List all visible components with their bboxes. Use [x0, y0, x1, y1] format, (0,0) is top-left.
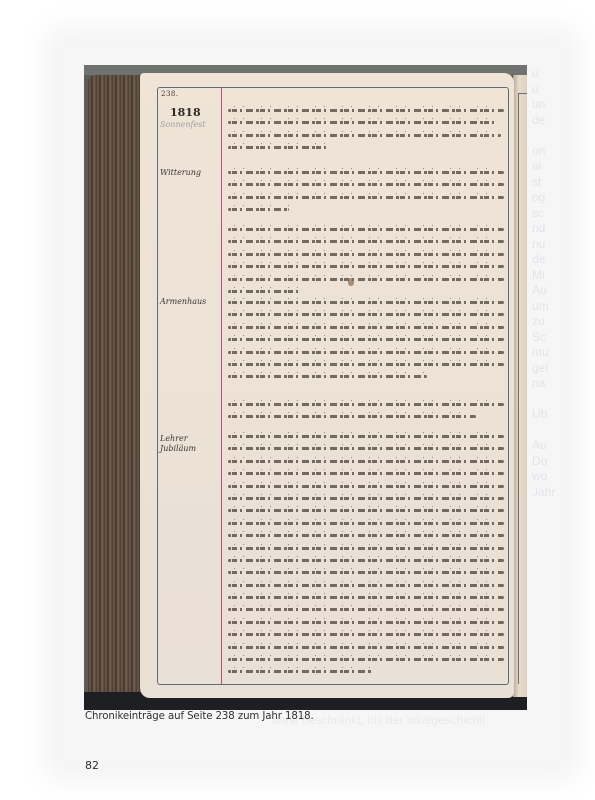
margin-note-sonnenfest: Sonnenfest	[160, 120, 218, 130]
manuscript-year: 1818	[170, 106, 201, 119]
chronicle-entry	[228, 398, 504, 423]
margin-note-witterung: Witterung	[160, 168, 218, 178]
book-page-edges	[88, 75, 144, 705]
chronicle-entry	[228, 296, 504, 383]
manuscript-page-number: 238.	[161, 90, 179, 98]
margin-note-armenhaus: Armenhaus	[160, 297, 218, 307]
facing-page-edge	[512, 75, 527, 697]
chronicle-entry	[228, 430, 504, 678]
manuscript-page: 238. 1818 Sonnenfest Witterung Armenhaus…	[140, 73, 514, 698]
chronicle-photograph: 238. 1818 Sonnenfest Witterung Armenhaus…	[84, 65, 527, 710]
ruled-frame: 238. 1818 Sonnenfest Witterung Armenhaus…	[157, 87, 509, 685]
paper-stain	[348, 278, 354, 286]
chronicle-entry	[228, 104, 504, 154]
chronicle-entry	[228, 166, 504, 216]
page-number: 82	[85, 759, 99, 772]
margin-note-jubilaeum: Lehrer Jubiläum	[160, 434, 218, 454]
chronicle-entry	[228, 223, 504, 297]
show-through-text-right: u u un de on al st og sc nd nu de Mi Au …	[532, 66, 555, 500]
figure-caption: Chronikeinträge auf Seite 238 zum Jahr 1…	[85, 711, 314, 722]
margin-rule	[221, 88, 222, 684]
